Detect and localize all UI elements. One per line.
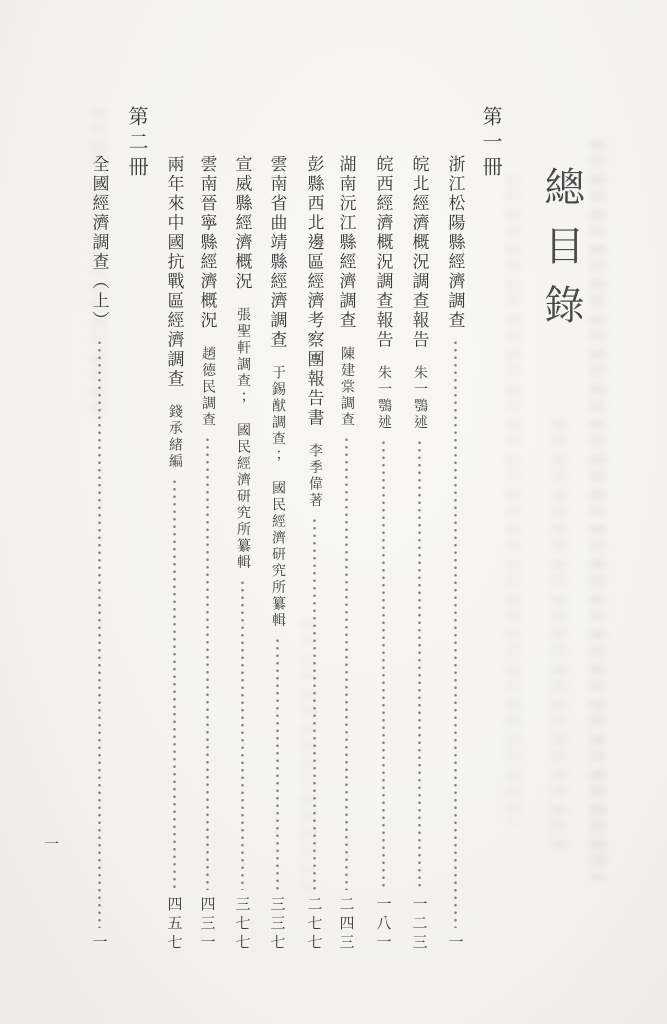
entry-byline: 于錫猷調查； 國民經濟研究所纂輯 <box>267 365 287 629</box>
entry-page-number: 一二三 <box>409 896 430 953</box>
dotted-leader <box>313 517 316 890</box>
bleed-through-texture <box>590 140 606 880</box>
entry-page-number: 三七七 <box>232 896 253 953</box>
dotted-leader <box>206 436 209 890</box>
entry-page-number: 一八一 <box>373 896 394 953</box>
dotted-leader <box>418 439 421 890</box>
dotted-leader <box>98 339 101 929</box>
entry-page-number: 一 <box>89 934 110 953</box>
entry-byline: 李季偉著 <box>304 443 324 509</box>
page-folio: 一 <box>40 836 61 851</box>
bleed-through-texture <box>505 175 521 825</box>
dotted-leader <box>276 637 279 890</box>
entry-page-number: 二七七 <box>304 896 325 953</box>
entry-page-number: 四五七 <box>164 896 185 953</box>
entry-title: 皖北經濟概況調查報告 <box>407 155 432 350</box>
entry-title: 浙江松陽縣經濟調查 <box>443 155 468 331</box>
toc-entry: 兩年來中國抗戰區經濟調查錢承緒編四五七 <box>162 155 186 953</box>
entry-title: 湖南沅江縣經濟調查 <box>334 155 359 331</box>
entry-page-number: 二四三 <box>336 896 357 953</box>
entry-byline: 趙德民調查 <box>197 346 217 429</box>
entry-page-number: 一 <box>445 934 466 953</box>
dotted-leader <box>345 436 348 890</box>
toc-entry: 浙江松陽縣經濟調查一 <box>443 155 467 953</box>
scanned-toc-page: 總目錄 第一冊浙江松陽縣經濟調查一皖北經濟概況調查報告朱一鶚述一二三皖西經濟概況… <box>0 0 667 1024</box>
toc-entry: 湖南沅江縣經濟調查陳建棠調查二四三 <box>334 155 358 953</box>
toc-entry: 雲南省曲靖縣經濟調查于錫猷調查； 國民經濟研究所纂輯三三七 <box>265 155 289 953</box>
entry-page-number: 三三七 <box>267 896 288 953</box>
entry-title: 兩年來中國抗戰區經濟調查 <box>162 155 187 389</box>
entry-title: 彭縣西北邊區經濟考察團報告書 <box>302 155 327 428</box>
entry-page-number: 四三一 <box>197 896 218 953</box>
entry-title: 全國經濟調查（上） <box>87 155 112 331</box>
toc-entry: 皖西經濟概況調查報告朱一鶚述一八一 <box>371 155 395 953</box>
bleed-through-texture <box>551 420 567 850</box>
toc-entry: 皖北經濟概況調查報告朱一鶚述一二三 <box>407 155 431 953</box>
entry-title: 宣威縣經濟概況 <box>230 155 255 292</box>
section-header-1: 第一冊 <box>476 106 505 181</box>
entry-byline: 朱一鶚述 <box>409 365 429 431</box>
entry-byline: 錢承緒編 <box>164 404 184 470</box>
toc-entry: 宣威縣經濟概況張聖軒調查； 國民經濟研究所纂輯三七七 <box>230 155 254 953</box>
page-title: 總目錄 <box>533 166 590 343</box>
entry-byline: 陳建棠調查 <box>336 346 356 429</box>
toc-entry: 雲南晉寧縣經濟概況趙德民調查四三一 <box>195 155 219 953</box>
section-header-2: 第二冊 <box>122 106 151 181</box>
entry-byline: 朱一鶚述 <box>373 365 393 431</box>
dotted-leader <box>173 478 176 890</box>
dotted-leader <box>382 439 385 890</box>
entry-title: 雲南晉寧縣經濟概況 <box>195 155 220 331</box>
toc-entry: 全國經濟調查（上）一 <box>87 155 111 953</box>
dotted-leader <box>454 339 457 929</box>
dotted-leader <box>241 579 244 891</box>
entry-title: 雲南省曲靖縣經濟調查 <box>265 155 290 350</box>
toc-entry: 彭縣西北邊區經濟考察團報告書李季偉著二七七 <box>302 155 326 953</box>
entry-title: 皖西經濟概況調查報告 <box>371 155 396 350</box>
entry-byline: 張聖軒調查； 國民經濟研究所纂輯 <box>232 307 252 571</box>
